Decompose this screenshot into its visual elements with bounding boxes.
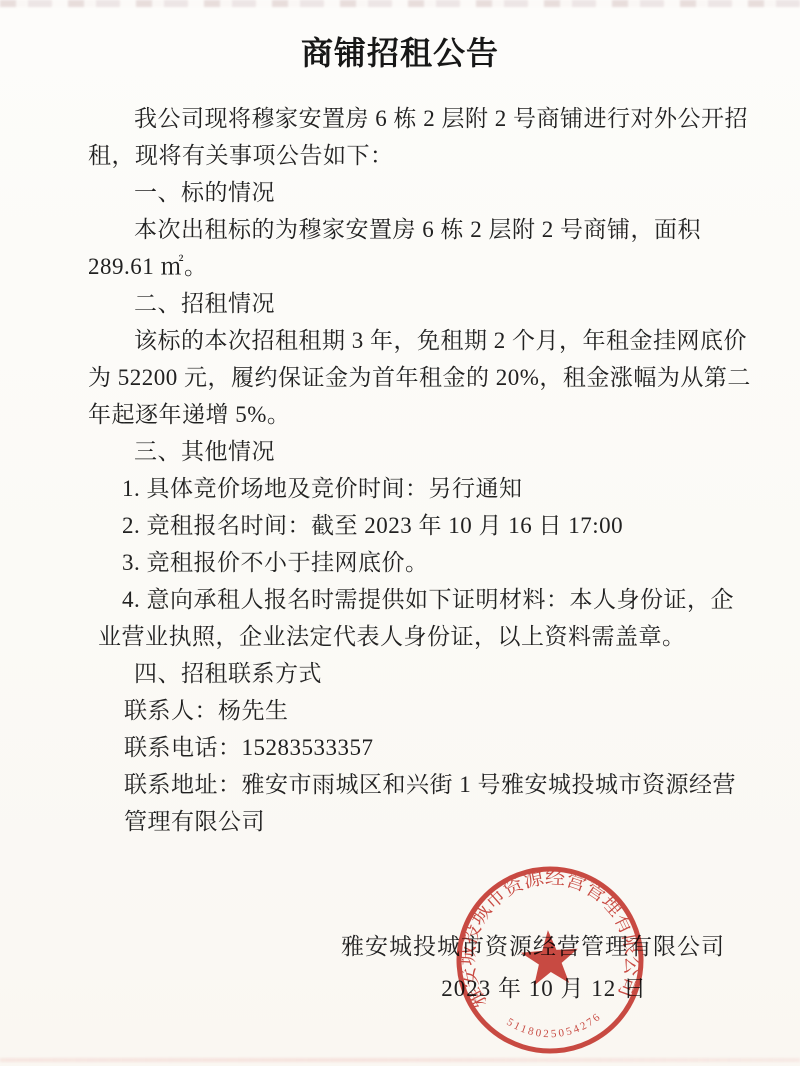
body-line: 该标的本次招租租期 3 年，免租期 2 个月，年租金挂网底价	[88, 322, 716, 359]
document-body: 我公司现将穆家安置房 6 栋 2 层附 2 号商铺进行对外公开招 租，现将有关事…	[88, 100, 716, 840]
list-item: 1. 具体竞价场地及竞价时间：另行通知	[88, 470, 716, 507]
section-heading: 二、招租情况	[88, 285, 716, 322]
body-line: 我公司现将穆家安置房 6 栋 2 层附 2 号商铺进行对外公开招	[88, 100, 716, 137]
document-title: 商铺招租公告	[0, 28, 800, 74]
official-seal-stamp: 雅安城投城市资源经营管理有限公司 5118025054276	[443, 853, 656, 1066]
contact-person-line: 联系人：杨先生	[88, 692, 716, 729]
contact-address-continuation: 管理有限公司	[88, 803, 716, 840]
body-line: 289.61 ㎡。	[88, 248, 716, 285]
scan-artifact-top	[0, 0, 800, 7]
star-icon	[519, 928, 580, 986]
seal-serial-text: 5118025054276	[504, 1010, 606, 1044]
section-heading: 一、标的情况	[88, 174, 716, 211]
scan-artifact-bottom	[0, 1058, 800, 1062]
list-item: 2. 竞租报名时间：截至 2023 年 10 月 16 日 17:00	[88, 507, 716, 544]
list-item-continuation: 业营业执照，企业法定代表人身份证，以上资料需盖章。	[88, 618, 716, 655]
contact-phone-line: 联系电话：15283533357	[88, 729, 716, 766]
section-heading: 三、其他情况	[88, 433, 716, 470]
section-heading: 四、招租联系方式	[88, 655, 716, 692]
body-line: 年起逐年递增 5%。	[88, 396, 716, 433]
contact-address-line: 联系地址：雅安市雨城区和兴街 1 号雅安城投城市资源经营	[88, 766, 716, 803]
list-item: 3. 竞租报价不小于挂网底价。	[88, 544, 716, 581]
body-line: 为 52200 元，履约保证金为首年租金的 20%，租金涨幅为从第二	[88, 359, 716, 396]
list-item: 4. 意向承租人报名时需提供如下证明材料：本人身份证，企	[88, 581, 716, 618]
scanned-document-page: 商铺招租公告 我公司现将穆家安置房 6 栋 2 层附 2 号商铺进行对外公开招 …	[0, 0, 800, 1066]
body-line: 本次出租标的为穆家安置房 6 栋 2 层附 2 号商铺，面积	[88, 211, 716, 248]
body-line: 租，现将有关事项公告如下：	[88, 137, 716, 174]
